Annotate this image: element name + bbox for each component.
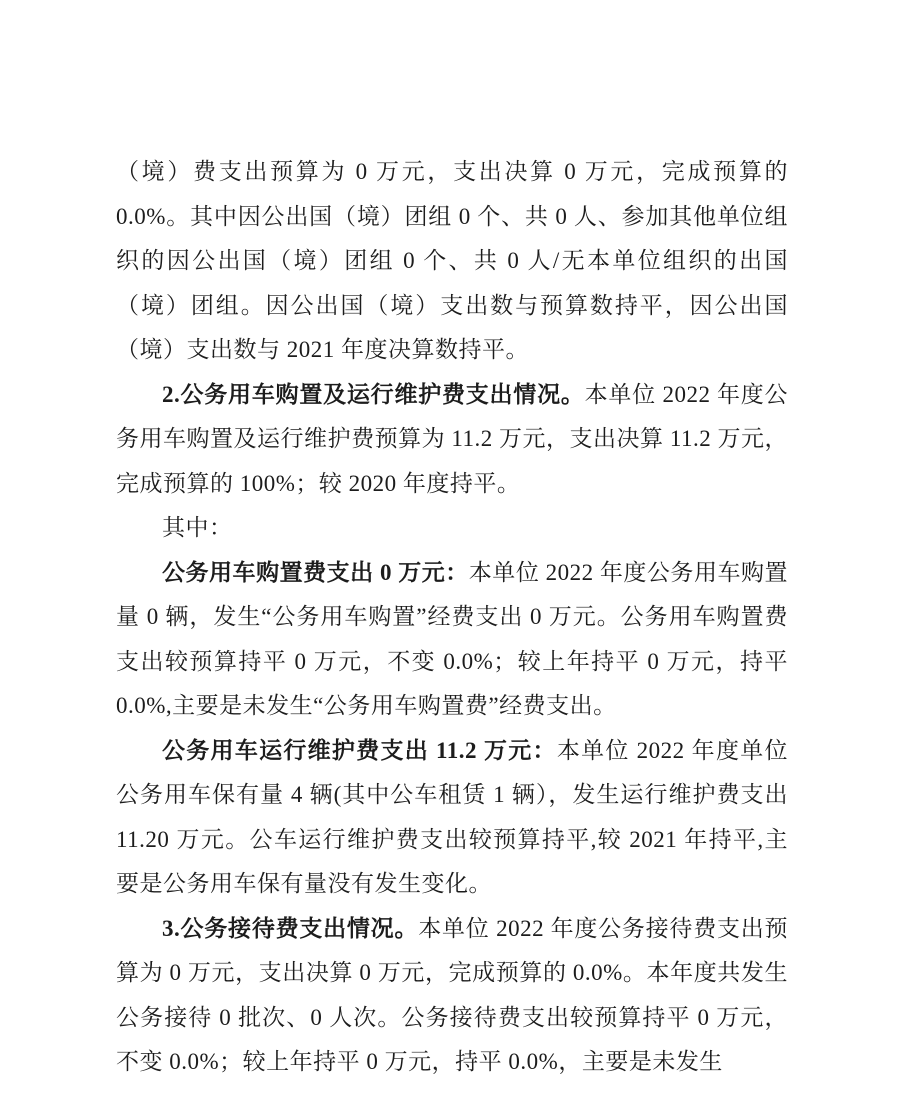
paragraph-lead: 公务用车购置费支出 0 万元： [162, 560, 469, 585]
paragraph-overseas-trips-continuation: （境）费支出预算为 0 万元，支出决算 0 万元，完成预算的 0.0%。其中因公… [116, 150, 788, 373]
paragraph-official-reception-expense: 3.公务接待费支出情况。本单位 2022 年度公务接待费支出预算为 0 万元，支… [116, 907, 788, 1085]
document-text-block: （境）费支出预算为 0 万元，支出决算 0 万元，完成预算的 0.0%。其中因公… [116, 150, 788, 1085]
document-page: （境）费支出预算为 0 万元，支出决算 0 万元，完成预算的 0.0%。其中因公… [0, 0, 900, 1102]
paragraph-vehicle-maintenance-expense: 公务用车运行维护费支出 11.2 万元：本单位 2022 年度单位公务用车保有量… [116, 729, 788, 907]
paragraph-text: （境）费支出预算为 0 万元，支出决算 0 万元，完成预算的 0.0%。其中因公… [116, 159, 788, 362]
paragraph-vehicle-purchase-expense: 公务用车购置费支出 0 万元：本单位 2022 年度公务用车购置量 0 辆，发生… [116, 551, 788, 729]
paragraph-lead: 3.公务接待费支出情况。 [162, 916, 418, 941]
paragraph-lead: 公务用车运行维护费支出 11.2 万元： [162, 738, 557, 763]
paragraph-lead: 2.公务用车购置及运行维护费支出情况。 [162, 382, 585, 407]
paragraph-among-which: 其中： [116, 506, 788, 551]
paragraph-vehicle-expense-heading: 2.公务用车购置及运行维护费支出情况。本单位 2022 年度公务用车购置及运行维… [116, 373, 788, 507]
paragraph-text: 其中： [162, 515, 233, 540]
